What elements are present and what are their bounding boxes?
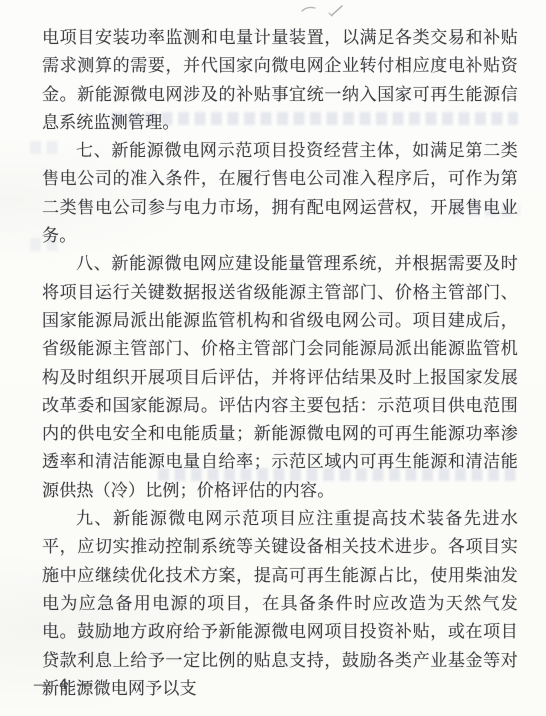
paragraph-item-8: 八、新能源微电网应建设能量管理系统，并根据需要及时将项目运行关键数据报送省级能源…	[42, 250, 518, 505]
pen-mark-artifact	[298, 1, 362, 21]
page-number: — 4 —	[34, 676, 96, 694]
document-page: 电项目安装功率监测和电量计量装置，以满足各类交易和补贴需求测算的需要，并代国家向…	[0, 0, 546, 716]
paragraph-item-7: 七、新能源微电网示范项目投资经营主体，如满足第二类售电公司的准入条件，在履行售电…	[42, 137, 518, 250]
paragraph-item-9: 九、新能源微电网示范项目应注重提高技术装备先进水平，应切实推动控制系统等关键设备…	[42, 505, 518, 703]
paragraph-continuation: 电项目安装功率监测和电量计量装置，以满足各类交易和补贴需求测算的需要，并代国家向…	[42, 24, 518, 137]
document-body: 电项目安装功率监测和电量计量装置，以满足各类交易和补贴需求测算的需要，并代国家向…	[42, 24, 518, 703]
